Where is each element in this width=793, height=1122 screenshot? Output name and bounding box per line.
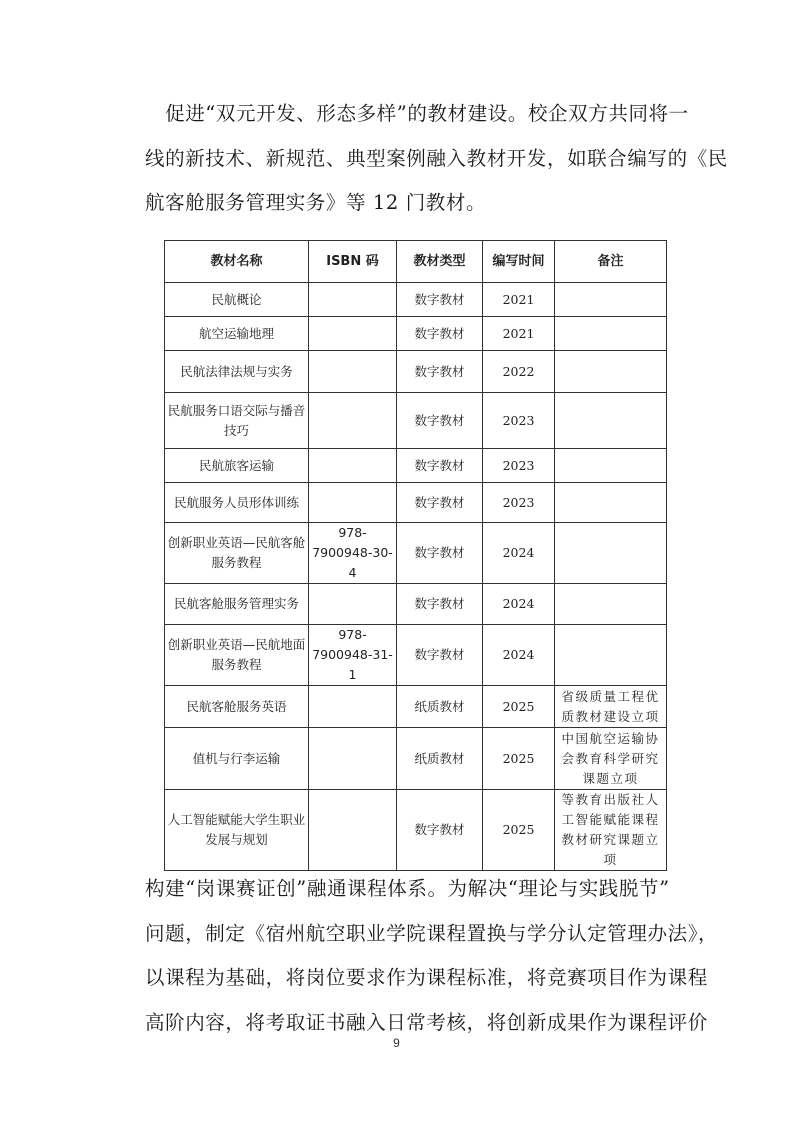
cell-isbn — [309, 283, 397, 317]
paragraph-curriculum-system: 构建“岗课赛证创”融通课程体系。为解决“理论与实践脱节” 问题，制定《宿州航空职… — [145, 867, 665, 1045]
cell-name: 航空运输地理 — [165, 317, 309, 351]
page-number: 9 — [0, 1036, 793, 1050]
cell-note — [555, 317, 667, 351]
cell-name: 民航客舱服务管理实务 — [165, 584, 309, 625]
cell-name: 民航法律法规与实务 — [165, 351, 309, 393]
cell-year: 2023 — [483, 393, 555, 449]
cell-note: 中国航空运输协会教育科学研究课题立项 — [555, 728, 667, 790]
cell-name: 值机与行李运输 — [165, 728, 309, 790]
table-row: 民航客舱服务管理实务 数字教材 2024 — [165, 584, 667, 625]
cell-type: 数字教材 — [397, 584, 483, 625]
cell-note — [555, 584, 667, 625]
cell-name: 民航概论 — [165, 283, 309, 317]
cell-year: 2025 — [483, 686, 555, 728]
cell-isbn: 978-7900948-30-4 — [309, 523, 397, 584]
header-name: 教材名称 — [165, 241, 309, 283]
cell-isbn — [309, 686, 397, 728]
cell-name: 民航客舱服务英语 — [165, 686, 309, 728]
table-row: 创新职业英语—民航客舱服务教程 978-7900948-30-4 数字教材 20… — [165, 523, 667, 584]
cell-type: 数字教材 — [397, 351, 483, 393]
paragraph-line: 航客舱服务管理实务》等 12 门教材。 — [145, 181, 665, 226]
cell-type: 数字教材 — [397, 317, 483, 351]
cell-name: 创新职业英语—民航客舱服务教程 — [165, 523, 309, 584]
paragraph-line: 促进“双元开发、形态多样”的教材建设。校企双方共同将一 — [145, 92, 665, 137]
cell-note — [555, 523, 667, 584]
cell-isbn — [309, 317, 397, 351]
cell-year: 2021 — [483, 283, 555, 317]
header-year: 编写时间 — [483, 241, 555, 283]
cell-year: 2023 — [483, 483, 555, 523]
table-header-row: 教材名称 ISBN 码 教材类型 编写时间 备注 — [165, 241, 667, 283]
table-row: 民航旅客运输 数字教材 2023 — [165, 449, 667, 483]
header-isbn: ISBN 码 — [309, 241, 397, 283]
table-row: 民航概论 数字教材 2021 — [165, 283, 667, 317]
cell-year: 2024 — [483, 523, 555, 584]
table-row: 民航服务口语交际与播音技巧 数字教材 2023 — [165, 393, 667, 449]
table-row: 值机与行李运输 纸质教材 2025 中国航空运输协会教育科学研究课题立项 — [165, 728, 667, 790]
cell-type: 数字教材 — [397, 393, 483, 449]
cell-year: 2021 — [483, 317, 555, 351]
cell-note: 等教育出版社人工智能赋能课程教材研究课题立项 — [555, 790, 667, 871]
header-note: 备注 — [555, 241, 667, 283]
cell-note — [555, 449, 667, 483]
cell-note: 省级质量工程优质教材建设立项 — [555, 686, 667, 728]
cell-year: 2025 — [483, 790, 555, 871]
paragraph-line: 问题，制定《宿州航空职业学院课程置换与学分认定管理办法》， — [145, 912, 665, 957]
cell-isbn — [309, 483, 397, 523]
cell-type: 数字教材 — [397, 523, 483, 584]
cell-type: 数字教材 — [397, 625, 483, 686]
cell-type: 数字教材 — [397, 483, 483, 523]
cell-isbn: 978-7900948-31-1 — [309, 625, 397, 686]
cell-note — [555, 351, 667, 393]
textbook-table: 教材名称 ISBN 码 教材类型 编写时间 备注 民航概论 数字教材 2021 … — [164, 240, 667, 871]
cell-year: 2024 — [483, 584, 555, 625]
cell-note — [555, 393, 667, 449]
cell-isbn — [309, 449, 397, 483]
cell-name: 人工智能赋能大学生职业发展与规划 — [165, 790, 309, 871]
cell-year: 2025 — [483, 728, 555, 790]
cell-isbn — [309, 584, 397, 625]
cell-year: 2024 — [483, 625, 555, 686]
cell-type: 数字教材 — [397, 449, 483, 483]
cell-year: 2023 — [483, 449, 555, 483]
table-row: 民航法律法规与实务 数字教材 2022 — [165, 351, 667, 393]
cell-type: 数字教材 — [397, 790, 483, 871]
cell-isbn — [309, 790, 397, 871]
cell-type: 纸质教材 — [397, 686, 483, 728]
header-type: 教材类型 — [397, 241, 483, 283]
paragraph-line: 以课程为基础，将岗位要求作为课程标准，将竞赛项目作为课程 — [145, 956, 665, 1001]
cell-isbn — [309, 393, 397, 449]
table-row: 民航客舱服务英语 纸质教材 2025 省级质量工程优质教材建设立项 — [165, 686, 667, 728]
cell-name: 民航旅客运输 — [165, 449, 309, 483]
paragraph-line: 构建“岗课赛证创”融通课程体系。为解决“理论与实践脱节” — [145, 867, 665, 912]
paragraph-line: 线的新技术、新规范、典型案例融入教材开发，如联合编写的《民 — [145, 137, 665, 182]
cell-name: 创新职业英语—民航地面服务教程 — [165, 625, 309, 686]
table-row: 人工智能赋能大学生职业发展与规划 数字教材 2025 等教育出版社人工智能赋能课… — [165, 790, 667, 871]
table-row: 民航服务人员形体训练 数字教材 2023 — [165, 483, 667, 523]
table-row: 航空运输地理 数字教材 2021 — [165, 317, 667, 351]
cell-type: 数字教材 — [397, 283, 483, 317]
cell-note — [555, 483, 667, 523]
cell-note — [555, 625, 667, 686]
cell-isbn — [309, 351, 397, 393]
cell-name: 民航服务口语交际与播音技巧 — [165, 393, 309, 449]
paragraph-textbook-construction: 促进“双元开发、形态多样”的教材建设。校企双方共同将一 线的新技术、新规范、典型… — [145, 92, 665, 226]
cell-isbn — [309, 728, 397, 790]
cell-name: 民航服务人员形体训练 — [165, 483, 309, 523]
cell-year: 2022 — [483, 351, 555, 393]
cell-note — [555, 283, 667, 317]
cell-type: 纸质教材 — [397, 728, 483, 790]
table-row: 创新职业英语—民航地面服务教程 978-7900948-31-1 数字教材 20… — [165, 625, 667, 686]
